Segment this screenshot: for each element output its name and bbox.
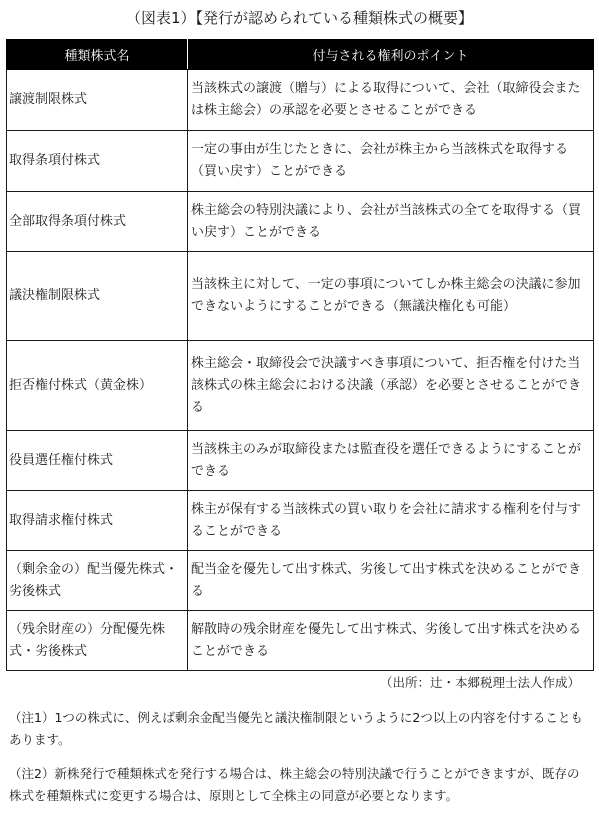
share-type-name: （残余財産の）分配優先株式・劣後株式 [7, 611, 188, 671]
rights-point: 配当金を優先して出す株式、劣後して出す株式を決めることができる [188, 551, 594, 611]
header-share-type: 種類株式名 [7, 40, 188, 70]
table-row: 譲渡制限株式 当該株式の譲渡（贈与）による取得について、会社（取締役会または株主… [7, 70, 594, 131]
table-row: （残余財産の）分配優先株式・劣後株式 解散時の残余財産を優先して出す株式、劣後し… [7, 611, 594, 671]
rights-point: 当該株式の譲渡（贈与）による取得について、会社（取締役会または株主総会）の承認を… [188, 70, 594, 131]
share-type-name: 全部取得条項付株式 [7, 192, 188, 252]
note-2: （注2）新株発行で種類株式を発行する場合は、株主総会の特別決議で行うことができま… [9, 763, 589, 807]
share-type-name: 取得請求権付株式 [7, 491, 188, 551]
table-row: 全部取得条項付株式 株主総会の特別決議により、会社が当該株式の全てを取得する（買… [7, 192, 594, 252]
share-type-name: 拒否権付株式（黄金株） [7, 341, 188, 431]
table-row: 取得請求権付株式 株主が保有する当該株式の買い取りを会社に請求する権利を付与する… [7, 491, 594, 551]
rights-point: 解散時の残余財産を優先して出す株式、劣後して出す株式を決めることができる [188, 611, 594, 671]
rights-point: 株主総会・取締役会で決議すべき事項について、拒否権を付けた当該株式の株主総会にお… [188, 341, 594, 431]
share-type-name: 議決権制限株式 [7, 252, 188, 341]
table-row: 取得条項付株式 一定の事由が生じたときに、会社が株主から当該株式を取得する（買い… [7, 131, 594, 192]
share-types-table: 種類株式名 付与される権利のポイント 譲渡制限株式 当該株式の譲渡（贈与）による… [6, 39, 594, 671]
source-credit: （出所：辻・本郷税理士法人作成） [380, 674, 580, 692]
table-row: 議決権制限株式 当該株主に対して、一定の事項についてしか株主総会の決議に参加でき… [7, 252, 594, 341]
rights-point: 株主総会の特別決議により、会社が当該株式の全てを取得する（買い戻す）ことができる [188, 192, 594, 252]
table-row: 役員選任権付株式 当該株主のみが取締役または監査役を選任できるようにすることがで… [7, 431, 594, 491]
note-1: （注1）1つの株式に、例えば剰余金配当優先と議決権制限というように2つ以上の内容… [9, 707, 589, 751]
table-row: 拒否権付株式（黄金株） 株主総会・取締役会で決議すべき事項について、拒否権を付け… [7, 341, 594, 431]
rights-point: 一定の事由が生じたときに、会社が株主から当該株式を取得する（買い戻す）ことができ… [188, 131, 594, 192]
figure-title: （図表1）【発行が認められている種類株式の概要】 [0, 8, 599, 28]
table-header-row: 種類株式名 付与される権利のポイント [7, 40, 594, 70]
share-type-name: （剰余金の）配当優先株式・劣後株式 [7, 551, 188, 611]
header-rights-point: 付与される権利のポイント [188, 40, 594, 70]
table-row: （剰余金の）配当優先株式・劣後株式 配当金を優先して出す株式、劣後して出す株式を… [7, 551, 594, 611]
share-type-name: 譲渡制限株式 [7, 70, 188, 131]
share-type-name: 取得条項付株式 [7, 131, 188, 192]
rights-point: 株主が保有する当該株式の買い取りを会社に請求する権利を付与することができる [188, 491, 594, 551]
rights-point: 当該株主に対して、一定の事項についてしか株主総会の決議に参加できないようにするこ… [188, 252, 594, 341]
rights-point: 当該株主のみが取締役または監査役を選任できるようにすることができる [188, 431, 594, 491]
share-type-name: 役員選任権付株式 [7, 431, 188, 491]
